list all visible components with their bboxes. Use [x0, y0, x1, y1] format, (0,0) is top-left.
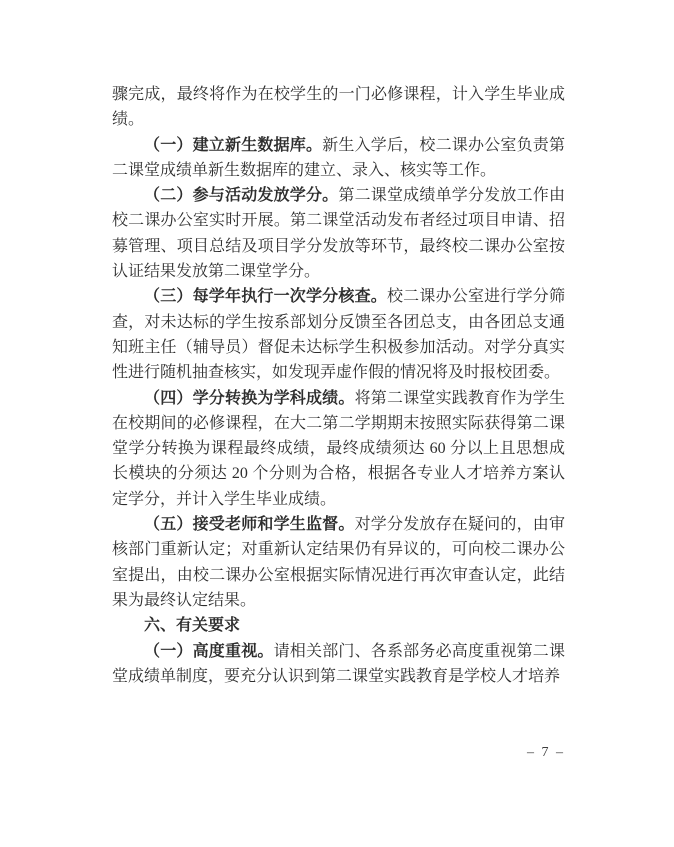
body-paragraph-continuation: 骤完成，最终将作为在校学生的一门必修课程，计入学生毕业成绩。 [112, 82, 565, 133]
list-item-lead: （三）每学年执行一次学分核查。 [144, 288, 387, 305]
page-number: – 7 – [112, 745, 565, 761]
list-item-lead: （五）接受老师和学生监督。 [144, 516, 355, 533]
list-item-1: （一）建立新生数据库。新生入学后，校二课办公室负责第二课堂成绩单新生数据库的建立… [112, 133, 565, 184]
list-item-lead: （二）参与活动发放学分。 [144, 187, 338, 204]
list-item-lead: （一）高度重视。 [144, 643, 274, 660]
paragraph-text: 将第二课堂实践教育作为学生在校期间的必修课程，在大二第二学期期末按照实际获得第二… [112, 390, 565, 508]
list-item-5: （五）接受老师和学生监督。对学分发放存在疑问的，由审核部门重新认定；对重新认定结… [112, 512, 565, 613]
section-heading-text: 六、有关要求 [144, 617, 240, 634]
paragraph-text: 骤完成，最终将作为在校学生的一门必修课程，计入学生毕业成绩。 [112, 86, 565, 128]
list-item-6: （一）高度重视。请相关部门、各系部务必高度重视第二课堂成绩单制度，要充分认识到第… [112, 639, 565, 690]
list-item-lead: （一）建立新生数据库。 [144, 137, 322, 154]
list-item-2: （二）参与活动发放学分。第二课堂成绩单学分发放工作由校二课办公室实时开展。第二课… [112, 183, 565, 284]
list-item-lead: （四）学分转换为学科成绩。 [144, 390, 355, 407]
list-item-4: （四）学分转换为学科成绩。将第二课堂实践教育作为学生在校期间的必修课程，在大二第… [112, 386, 565, 512]
document-body: 骤完成，最终将作为在校学生的一门必修课程，计入学生毕业成绩。 （一）建立新生数据… [112, 82, 565, 689]
section-heading: 六、有关要求 [112, 613, 565, 638]
list-item-3: （三）每学年执行一次学分核查。校二课办公室进行学分筛查，对未达标的学生按系部划分… [112, 284, 565, 385]
document-page: 骤完成，最终将作为在校学生的一门必修课程，计入学生毕业成绩。 （一）建立新生数据… [0, 0, 674, 847]
